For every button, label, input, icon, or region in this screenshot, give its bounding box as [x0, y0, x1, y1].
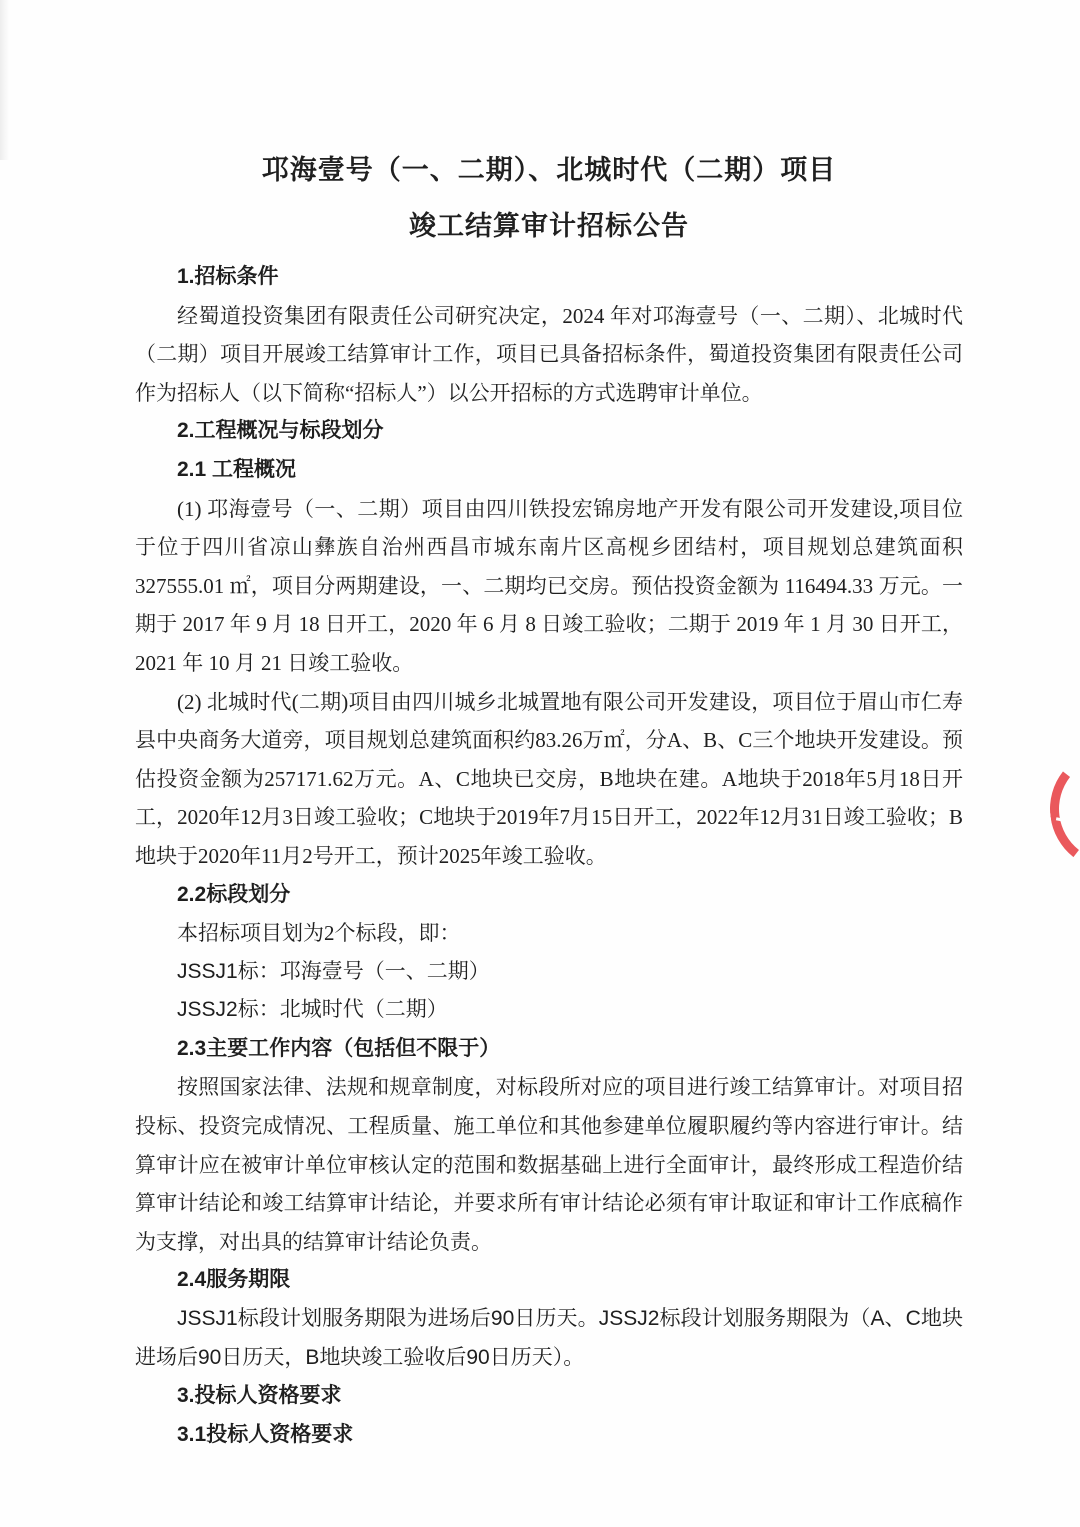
heading-1-bidding-conditions: 1.招标条件	[135, 258, 963, 297]
scanned-document-page: 邛海壹号（一、二期）、北城时代（二期）项目 竣工结算审计招标公告 1.招标条件 …	[0, 0, 1080, 1527]
heading-3-bidder-qualification: 3.投标人资格要求	[135, 1377, 963, 1416]
para-section-count: 本招标项目划为2个标段，即：	[135, 914, 963, 953]
document-title-line2: 竣工结算审计招标公告	[135, 202, 963, 251]
document-body: 1.招标条件 经蜀道投资集团有限责任公司研究决定，2024 年对邛海壹号（一、二…	[135, 258, 963, 1454]
heading-2-4-service-period: 2.4服务期限	[135, 1261, 963, 1300]
heading-3-1-bidder-qualification: 3.1投标人资格要求	[135, 1416, 963, 1455]
scan-edge-shadow	[0, 0, 9, 160]
line-jssj2-section: JSSJ2标：北城时代（二期）	[135, 991, 963, 1030]
para-project-1-qionghai: (1) 邛海壹号（一、二期）项目由四川铁投宏锦房地产开发有限公司开发建设,项目位…	[135, 490, 963, 683]
para-main-work-content: 按照国家法律、法规和规章制度，对标段所对应的项目进行竣工结算审计。对项目招投标、…	[135, 1068, 963, 1261]
red-seal-edge-graphic	[1043, 741, 1080, 877]
heading-2-3-main-work-content: 2.3主要工作内容（包括但不限于）	[135, 1030, 963, 1069]
document-content: 邛海壹号（一、二期）、北城时代（二期）项目 竣工结算审计招标公告 1.招标条件 …	[135, 146, 963, 1454]
document-title-line1: 邛海壹号（一、二期）、北城时代（二期）项目	[135, 146, 963, 195]
heading-2-overview-and-sections: 2.工程概况与标段划分	[135, 412, 963, 451]
heading-2-2-section-division: 2.2标段划分	[135, 876, 963, 915]
para-project-2-beicheng: (2) 北城时代(二期)项目由四川城乡北城置地有限公司开发建设，项目位于眉山市仁…	[135, 683, 963, 876]
para-service-period: JSSJ1标段计划服务期限为进场后90日历天。JSSJ2标段计划服务期限为（A、…	[135, 1300, 963, 1377]
para-bidding-conditions: 经蜀道投资集团有限责任公司研究决定，2024 年对邛海壹号（一、二期）、北城时代…	[135, 297, 963, 413]
line-jssj1-section: JSSJ1标：邛海壹号（一、二期）	[135, 953, 963, 992]
heading-2-1-project-overview: 2.1 工程概况	[135, 451, 963, 490]
